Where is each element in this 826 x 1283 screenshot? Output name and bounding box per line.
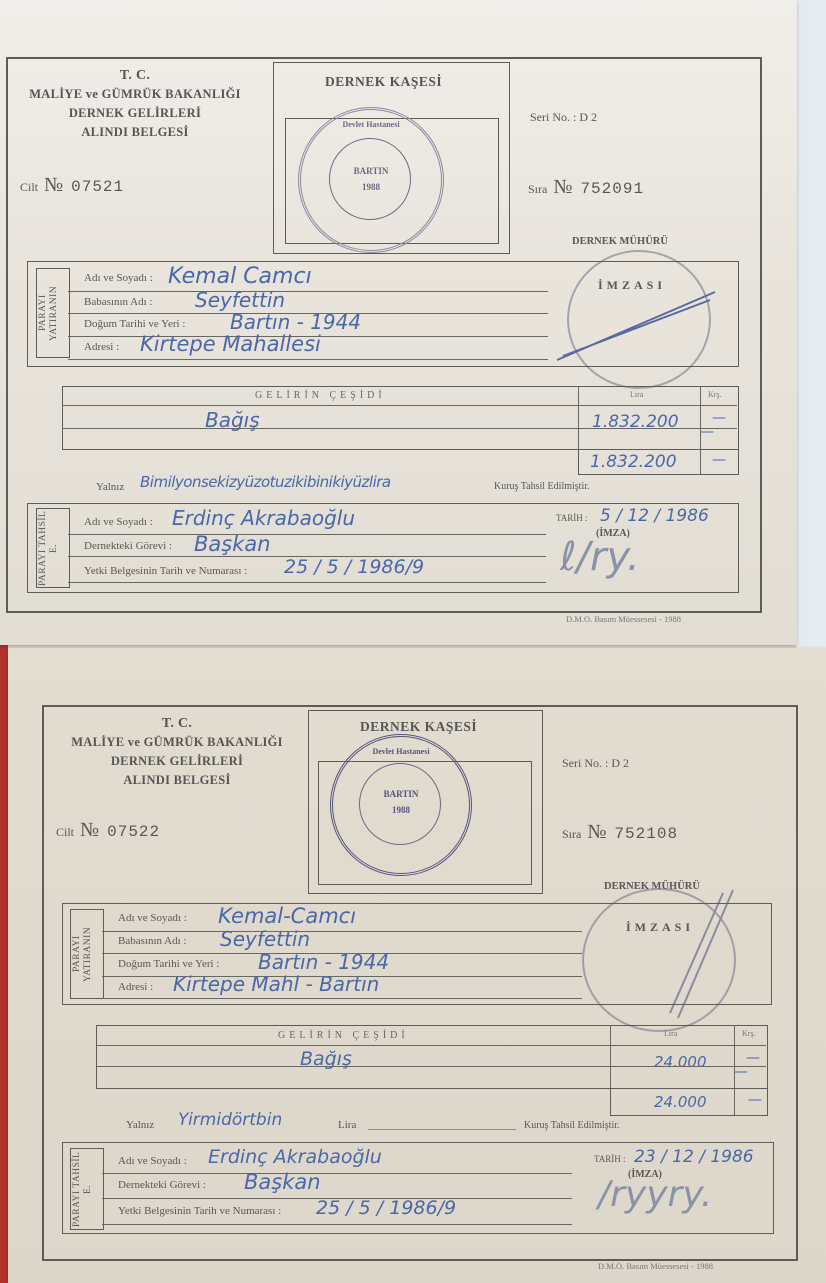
total-kurus: — xyxy=(748,1092,762,1108)
tarih-label: TARİH : xyxy=(556,513,588,523)
printer-footer: D.M.O. Basım Müessesesi - 1988 xyxy=(566,614,681,624)
kurus-tahsil-text: Kuruş Tahsil Edilmiştir. xyxy=(524,1120,620,1131)
income-type-header: GELİRİN ÇEŞİDİ xyxy=(255,390,386,401)
sira-value: 752091 xyxy=(580,180,644,198)
total-lira: 24.000 xyxy=(654,1093,707,1111)
payer-birth-label: Doğum Tarihi ve Yeri : xyxy=(84,318,185,330)
total-kurus: — xyxy=(712,452,726,468)
tarih-value: 5 / 12 / 1986 xyxy=(600,506,709,526)
collector-role-label: Dernekteki Görevi : xyxy=(118,1179,206,1191)
collector-name: Erdinç Akrabaoğlu xyxy=(172,506,355,530)
association-stamp: Devlet Hastanesi BARTIN 1988 xyxy=(330,734,472,876)
cilt-number: Cilt№07522 xyxy=(56,819,160,842)
payer-side-label: PARAYI YATIRANIN xyxy=(38,270,66,356)
seri-number: Seri No. : D 2 xyxy=(562,756,629,771)
income-kurus-2: — xyxy=(734,1064,748,1080)
yalniz-amount-text: Bimilyonsekizyüzotuzikibinikiyüzlira xyxy=(140,473,391,491)
yalniz-label: Yalnız xyxy=(96,481,124,493)
lira-header: Lira xyxy=(630,390,643,399)
printer-footer: D.M.O. Basım Müessesesi - 1988 xyxy=(598,1261,713,1271)
kurus-header: Krş. xyxy=(708,390,722,399)
seri-number: Seri No. : D 2 xyxy=(530,110,597,125)
collector-auth-label: Yetki Belgesinin Tarih ve Numarası : xyxy=(118,1205,281,1217)
yalniz-label: Yalnız xyxy=(126,1119,154,1131)
payer-father-label: Babasının Adı : xyxy=(118,935,186,947)
numero-sign-icon: № xyxy=(553,176,572,198)
payer-birth: Bartın - 1944 xyxy=(258,950,389,974)
kurus-tahsil-text: Kuruş Tahsil Edilmiştir. xyxy=(494,481,590,492)
header-tc: T. C. xyxy=(46,714,308,733)
sira-value: 752108 xyxy=(614,825,678,843)
payer-address: Kirtepe Mahl - Bartın xyxy=(173,972,379,996)
kase-title: DERNEK KAŞESİ xyxy=(325,74,442,90)
collector-side-label: PARAYI TAHSİL E. xyxy=(38,510,66,586)
sira-label: Sıra xyxy=(528,182,547,196)
numero-sign-icon: № xyxy=(44,174,63,196)
header-title: ALINDI BELGESİ xyxy=(10,123,260,142)
collector-auth-label: Yetki Belgesinin Tarih ve Numarası : xyxy=(84,565,247,577)
kurus-header: Krş. xyxy=(742,1029,756,1038)
payer-name-label: Adı ve Soyadı : xyxy=(84,272,153,284)
payer-address: Kirtepe Mahallesi xyxy=(140,332,321,356)
collector-auth: 25 / 5 / 1986/9 xyxy=(284,556,424,578)
collector-auth: 25 / 5 / 1986/9 xyxy=(316,1197,456,1219)
background-red-edge xyxy=(0,640,8,1283)
numero-sign-icon: № xyxy=(80,819,99,841)
header-ministry: MALİYE ve GÜMRÜK BAKANLIĞI xyxy=(46,733,308,752)
kase-title: DERNEK KAŞESİ xyxy=(360,719,477,735)
income-kurus-2: — xyxy=(700,424,714,440)
sira-label: Sıra xyxy=(562,827,581,841)
cilt-number: Cilt№07521 xyxy=(20,174,124,197)
income-lira: 24.000 xyxy=(654,1053,707,1071)
payer-side-label: PARAYI YATIRANIN xyxy=(72,911,100,997)
payer-name: Kemal Camcı xyxy=(168,264,312,289)
income-type-header: GELİRİN ÇEŞİDİ xyxy=(278,1030,409,1041)
income-lira: 1.832.200 xyxy=(592,412,679,432)
receipt-header: T. C. MALİYE ve GÜMRÜK BAKANLIĞI DERNEK … xyxy=(46,714,308,790)
collector-name-label: Adı ve Soyadı : xyxy=(84,516,153,528)
payer-name-label: Adı ve Soyadı : xyxy=(118,912,187,924)
sira-number: Sıra№752108 xyxy=(562,821,678,844)
header-tc: T. C. xyxy=(10,66,260,85)
collector-side-label: PARAYI TAHSİL E. xyxy=(72,1150,100,1228)
collector-role: Başkan xyxy=(194,532,271,556)
muhur-label: DERNEK MÜHÜRÜ xyxy=(572,236,668,247)
payer-father-label: Babasının Adı : xyxy=(84,296,152,308)
receipt-2: T. C. MALİYE ve GÜMRÜK BAKANLIĞI DERNEK … xyxy=(8,648,826,1283)
collector-role: Başkan xyxy=(244,1170,321,1194)
total-lira: 1.832.200 xyxy=(590,452,677,472)
receipt-1: T. C. MALİYE ve GÜMRÜK BAKANLIĞI DERNEK … xyxy=(0,0,797,645)
payer-address-label: Adresi : xyxy=(118,981,153,993)
header-ministry: MALİYE ve GÜMRÜK BAKANLIĞI xyxy=(10,85,260,104)
collector-name: Erdinç Akrabaoğlu xyxy=(208,1146,382,1168)
cilt-value: 07522 xyxy=(107,823,160,841)
payer-father: Seyfettin xyxy=(220,927,310,951)
header-dernek: DERNEK GELİRLERİ xyxy=(10,104,260,123)
income-kurus: — xyxy=(746,1050,760,1066)
tarih-value: 23 / 12 / 1986 xyxy=(634,1147,754,1167)
payer-birth-label: Doğum Tarihi ve Yeri : xyxy=(118,958,219,970)
association-stamp: Devlet Hastanesi BARTIN 1988 xyxy=(298,107,444,253)
payer-father: Seyfettin xyxy=(195,288,285,312)
cilt-label: Cilt xyxy=(56,825,74,839)
collector-name-label: Adı ve Soyadı : xyxy=(118,1155,187,1167)
lira-header: Lira xyxy=(664,1029,677,1038)
collector-signature: /ryyry. xyxy=(598,1174,712,1215)
payer-name: Kemal-Camcı xyxy=(218,904,356,928)
collector-signature: ℓ∕ry. xyxy=(560,534,640,580)
numero-sign-icon: № xyxy=(587,821,606,843)
yalniz-amount-text: Yirmidörtbin xyxy=(178,1110,282,1130)
header-dernek: DERNEK GELİRLERİ xyxy=(46,752,308,771)
collector-role-label: Dernekteki Görevi : xyxy=(84,540,172,552)
receipt-header: T. C. MALİYE ve GÜMRÜK BAKANLIĞI DERNEK … xyxy=(10,66,260,142)
cilt-label: Cilt xyxy=(20,180,38,194)
income-kurus: — xyxy=(712,410,726,426)
sira-number: Sıra№752091 xyxy=(528,176,644,199)
header-title: ALINDI BELGESİ xyxy=(46,771,308,790)
payer-birth: Bartın - 1944 xyxy=(230,310,361,334)
lira-label: Lira xyxy=(338,1119,356,1131)
payer-address-label: Adresi : xyxy=(84,341,119,353)
cilt-value: 07521 xyxy=(71,178,124,196)
tarih-label: TARİH : xyxy=(594,1154,626,1164)
